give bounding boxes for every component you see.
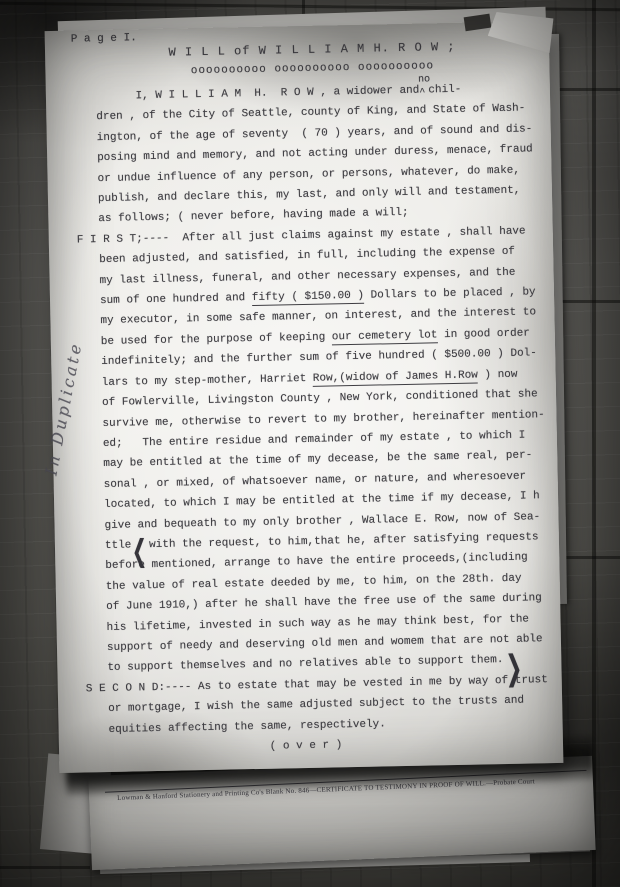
background-seam: [558, 300, 620, 303]
text-segment: in good order: [437, 327, 530, 341]
text-segment: Dollars to be placed , by: [364, 286, 536, 301]
page-number-label: P a g e I.: [71, 32, 137, 45]
text-segment: sum of one hundred and: [100, 292, 252, 307]
title-divider: oooooooooo oooooooooo oooooooooo: [75, 58, 549, 80]
background-seam: [0, 866, 90, 869]
text-segment: as follows; ( never before, having made …: [98, 207, 408, 225]
text-segment: be used for the purpose of keeping: [101, 331, 332, 348]
underlined-text-segment: our cemetery lot: [332, 329, 438, 345]
will-body-lines: I, W I L L I A M H. R O W , a widower an…: [96, 78, 563, 740]
underlined-text-segment: fifty ( $150.00 ): [252, 290, 364, 306]
text-segment: I, W I L L I A M H. R O W , a widower an…: [96, 85, 420, 103]
text-segment: equities affecting the same, respectivel…: [109, 718, 386, 736]
will-body: I, W I L L I A M H. R O W , a widower an…: [46, 78, 563, 761]
typed-insertion-no: no^: [419, 81, 428, 92]
text-segment: or mortgage, I wish the same adjusted su…: [108, 695, 524, 715]
text-segment: lars to my step-mother, Harriet: [102, 373, 313, 389]
text-segment: ttle: [105, 539, 132, 552]
underlined-text-segment: Row,(widow of James H.Row: [313, 369, 478, 386]
document-title: W I L L of W I L L I A M H. R O W ;: [75, 38, 549, 62]
paper-tear-notch: [464, 14, 492, 32]
will-document-page: P a g e I. W I L L of W I L L I A M H. R…: [45, 21, 564, 773]
text-segment: ) now: [478, 368, 518, 381]
text-segment: chil-: [428, 84, 461, 97]
caret-mark: ^: [419, 84, 425, 105]
photographed-will-document: Lowman & Hanford Stationery and Printing…: [0, 0, 620, 887]
background-seam: [558, 556, 620, 559]
background-seam: [552, 88, 620, 91]
